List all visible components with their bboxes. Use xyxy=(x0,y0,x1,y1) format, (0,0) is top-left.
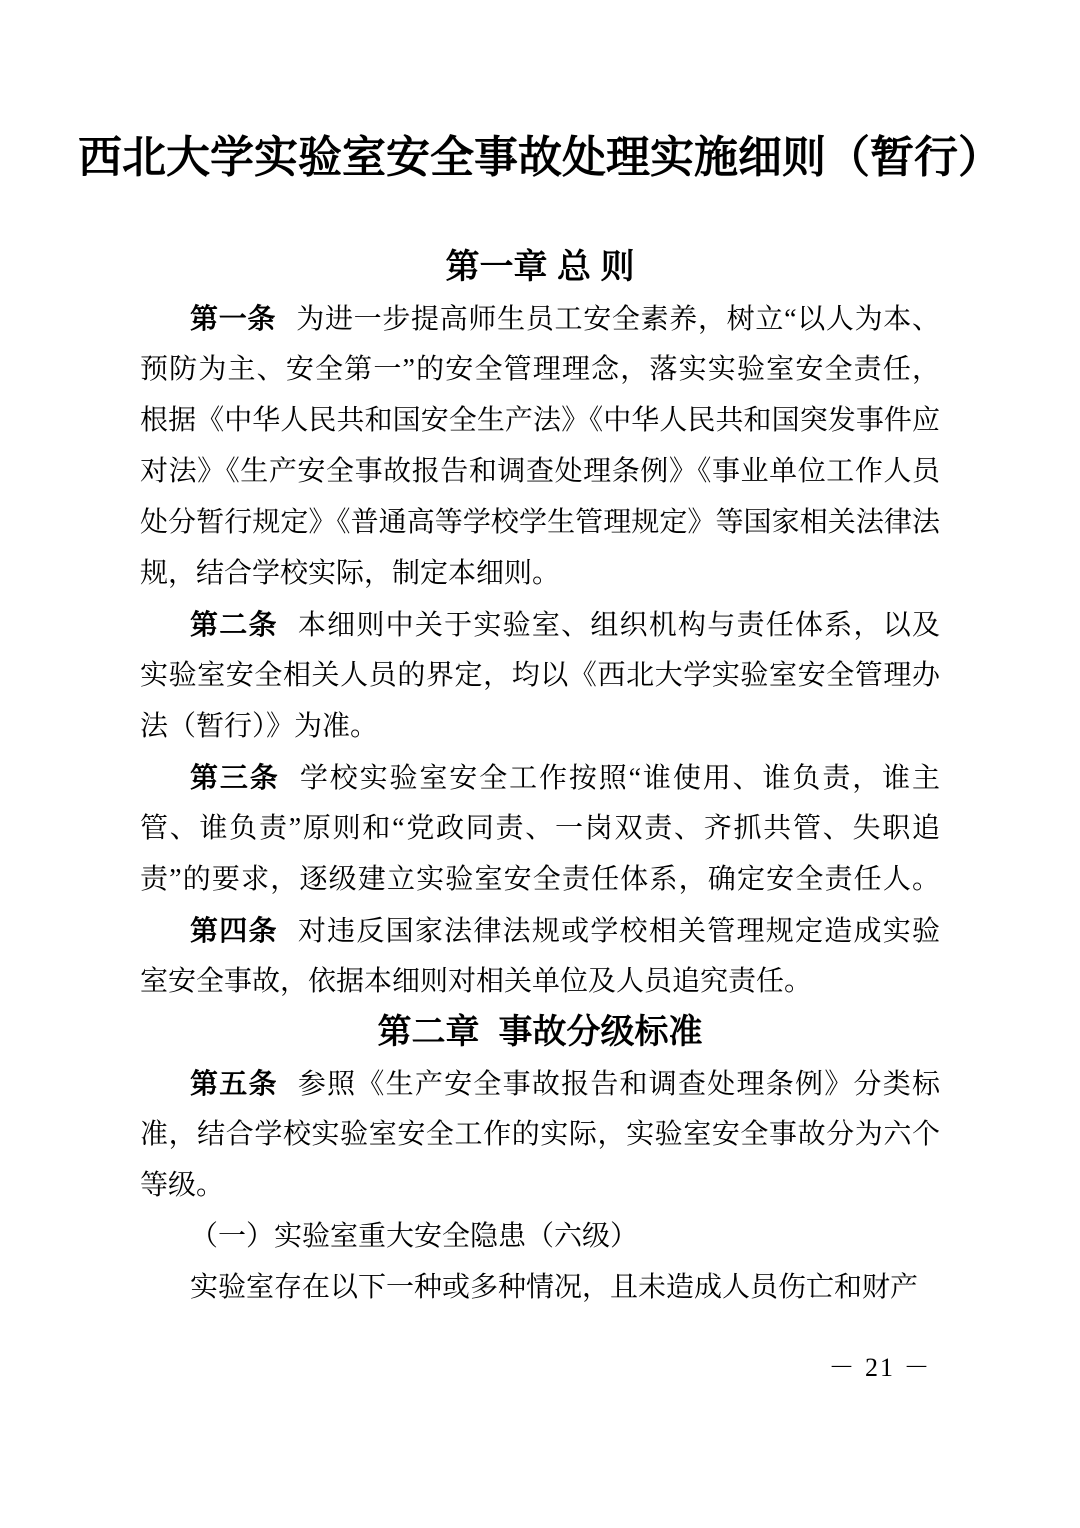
paragraph-line: 等级。 xyxy=(140,1160,940,1211)
line-text: 法（暂行）》为准。 xyxy=(140,711,378,742)
paragraph-line: 实验室存在以下一种或多种情况，且未造成人员伤亡和财产 xyxy=(140,1262,940,1313)
line-text: 学校实验室安全工作按照“谁使用、谁负责，谁主 xyxy=(300,763,940,794)
line-text: 规，结合学校实际，制定本细则。 xyxy=(140,558,560,589)
paragraph-line: 第一条为进一步提高师生员工安全素养，树立“以人为本、 xyxy=(140,293,940,344)
line-text: 对违反国家法律法规或学校相关管理规定造成实验 xyxy=(298,916,940,947)
paragraph-line: 第三条学校实验室安全工作按照“谁使用、谁负责，谁主 xyxy=(140,752,940,803)
paragraph-line: 预防为主、安全第一”的安全管理理念，落实实验室安全责任， xyxy=(140,344,940,395)
paragraph-line: 第四条对违反国家法律法规或学校相关管理规定造成实验 xyxy=(140,905,940,956)
line-text: （一）实验室重大安全隐患（六级） xyxy=(190,1221,638,1252)
chapter-1-body: 第一条为进一步提高师生员工安全素养，树立“以人为本、 预防为主、安全第一”的安全… xyxy=(140,293,940,1007)
line-text: 责”的要求，逐级建立实验室安全责任体系，确定安全责任人。 xyxy=(140,864,940,895)
line-text: 管、谁负责”原则和“党政同责、一岗双责、齐抓共管、失职追 xyxy=(140,813,940,844)
line-text: 室安全事故，依据本细则对相关单位及人员追究责任。 xyxy=(140,966,812,997)
line-text: 预防为主、安全第一”的安全管理理念，落实实验室安全责任， xyxy=(140,354,940,385)
paragraph-line: 根据《中华人民共和国安全生产法》《中华人民共和国突发事件应 xyxy=(140,395,940,446)
paragraph-line: 规，结合学校实际，制定本细则。 xyxy=(140,548,940,599)
line-text: 处分暂行规定》《普通高等学校学生管理规定》等国家相关法律法 xyxy=(140,507,940,538)
document-page: 西北大学实验室安全事故处理实施细则（暂行） 第一章 总 则 第一条为进一步提高师… xyxy=(0,0,1080,1528)
page-number: － 21 － xyxy=(820,1352,940,1384)
line-text: 实验室存在以下一种或多种情况，且未造成人员伤亡和财产 xyxy=(190,1272,918,1303)
line-text: 为进一步提高师生员工安全素养，树立“以人为本、 xyxy=(296,304,940,335)
line-text: 准，结合学校实验室安全工作的实际，实验室安全事故分为六个 xyxy=(140,1119,940,1150)
line-text: 实验室安全相关人员的界定，均以《西北大学实验室安全管理办 xyxy=(140,660,940,691)
chapter-2-body: 第五条参照《生产安全事故报告和调查处理条例》分类标 准，结合学校实验室安全工作的… xyxy=(140,1058,940,1313)
paragraph-line: 对法》《生产安全事故报告和调查处理条例》《事业单位工作人员 xyxy=(140,446,940,497)
list-item-line: （一）实验室重大安全隐患（六级） xyxy=(140,1211,940,1262)
article-number-label: 第三条 xyxy=(190,762,280,793)
paragraph-line: 管、谁负责”原则和“党政同责、一岗双责、齐抓共管、失职追 xyxy=(140,803,940,854)
article-number-label: 第一条 xyxy=(190,303,276,334)
article-number-label: 第四条 xyxy=(190,915,278,946)
paragraph-line: 第五条参照《生产安全事故报告和调查处理条例》分类标 xyxy=(140,1058,940,1109)
chapter-1-heading: 第一章 总 则 xyxy=(0,242,1080,293)
chapter-2-heading: 第二章 事故分级标准 xyxy=(0,1007,1080,1058)
paragraph-line: 法（暂行）》为准。 xyxy=(140,701,940,752)
paragraph-line: 实验室安全相关人员的界定，均以《西北大学实验室安全管理办 xyxy=(140,650,940,701)
line-text: 参照《生产安全事故报告和调查处理条例》分类标 xyxy=(298,1069,940,1100)
line-text: 本细则中关于实验室、组织机构与责任体系，以及 xyxy=(298,610,940,641)
article-number-label: 第五条 xyxy=(190,1068,278,1099)
paragraph-line: 处分暂行规定》《普通高等学校学生管理规定》等国家相关法律法 xyxy=(140,497,940,548)
document-title: 西北大学实验室安全事故处理实施细则（暂行） xyxy=(0,126,1080,190)
line-text: 对法》《生产安全事故报告和调查处理条例》《事业单位工作人员 xyxy=(140,456,940,487)
paragraph-line: 责”的要求，逐级建立实验室安全责任体系，确定安全责任人。 xyxy=(140,854,940,905)
paragraph-line: 室安全事故，依据本细则对相关单位及人员追究责任。 xyxy=(140,956,940,1007)
paragraph-line: 第二条本细则中关于实验室、组织机构与责任体系，以及 xyxy=(140,599,940,650)
paragraph-line: 准，结合学校实验室安全工作的实际，实验室安全事故分为六个 xyxy=(140,1109,940,1160)
line-text: 等级。 xyxy=(140,1170,224,1201)
article-number-label: 第二条 xyxy=(190,609,278,640)
line-text: 根据《中华人民共和国安全生产法》《中华人民共和国突发事件应 xyxy=(140,405,940,436)
